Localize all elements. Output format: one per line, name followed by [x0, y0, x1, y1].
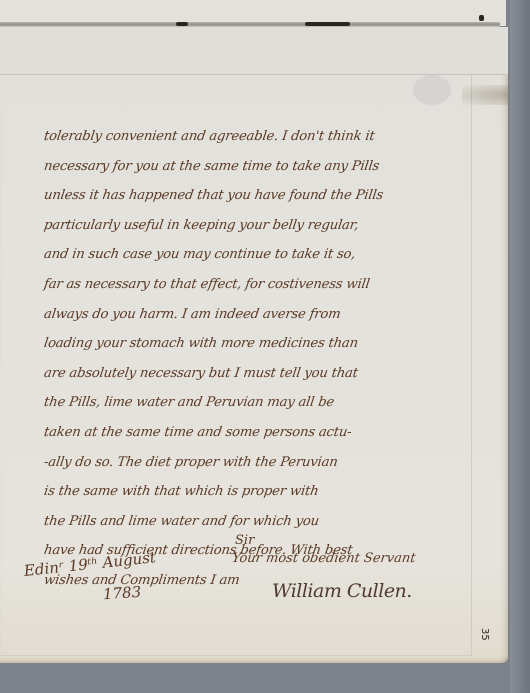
binding-damage: [176, 22, 188, 26]
binding-damage: [305, 22, 350, 26]
folio-number: 35: [479, 628, 490, 641]
edge-stain: [462, 85, 508, 105]
letter-line: and in such case you may continue to tak…: [42, 240, 476, 270]
dateline-year: 1783: [102, 583, 141, 604]
page-top-fold: [0, 27, 508, 75]
letter-line: the Pills and lime water and for which y…: [42, 507, 476, 537]
letter-line: the Pills, lime water and Peruvian may a…: [42, 388, 476, 418]
letter-body: tolerably convenient and agreeable. I do…: [44, 122, 474, 596]
paper-stain: [413, 75, 451, 105]
letter-line: -ally do so. The diet proper with the Pe…: [42, 448, 476, 478]
mount-backdrop: [510, 0, 530, 693]
signature: William Cullen.: [272, 580, 412, 602]
letter-line: unless it has happened that you have fou…: [42, 181, 476, 211]
salutation: Sir: [235, 533, 254, 548]
letter-line: are absolutely necessary but I must tell…: [42, 359, 476, 389]
letter-line: always do you harm. I am indeed averse f…: [42, 300, 476, 330]
letter-line: taken at the same time and some persons …: [42, 418, 476, 448]
letter-line: is the same with that which is proper wi…: [42, 477, 476, 507]
letter-line: necessary for you at the same time to ta…: [42, 152, 476, 182]
valediction: Your most obedient Servant: [231, 551, 417, 566]
bottom-rule: [0, 655, 472, 656]
letter-line: particularly useful in keeping your bell…: [42, 211, 476, 241]
binding-damage: [479, 15, 484, 21]
letter-line: far as necessary to that effect, for cos…: [42, 270, 476, 300]
letter-line: tolerably convenient and agreeable. I do…: [42, 122, 476, 152]
letter-line: loading your stomach with more medicines…: [42, 329, 476, 359]
